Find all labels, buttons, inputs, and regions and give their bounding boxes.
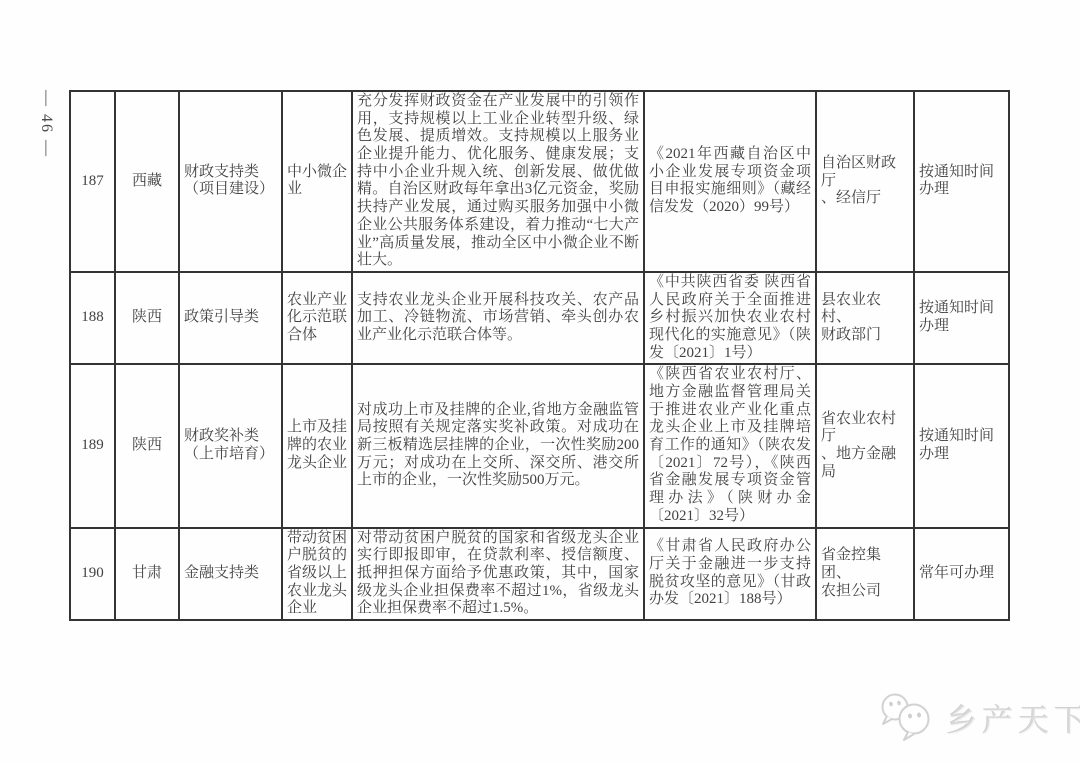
cell-department: 省金控集团、 农担公司	[816, 528, 914, 620]
cell-seq: 190	[70, 528, 115, 620]
table-row: 188 陕西 政策引导类 农业产业化示范联合体 支持农业龙头企业开展科技攻关、农…	[70, 272, 1009, 364]
cell-category: 财政奖补类 （上市培育）	[179, 364, 282, 527]
cell-schedule: 按通知时间 办理	[914, 364, 1009, 527]
cell-province: 陕西	[115, 272, 179, 364]
page-number: — 46 —	[35, 90, 55, 156]
cell-schedule: 按通知时间 办理	[914, 91, 1009, 272]
cell-province: 陕西	[115, 364, 179, 527]
cell-target: 上市及挂牌的农业龙头企业	[282, 364, 352, 527]
cell-measure: 充分发挥财政资金在产业发展中的引领作用，支持规模以上工业企业转型升级、绿色发展、…	[352, 91, 644, 272]
cell-policy-basis: 《甘肃省人民政府办公厅关于金融进一步支持脱贫攻坚的意见》（甘政办发〔2021〕1…	[644, 528, 816, 620]
chat-bubbles-icon	[876, 691, 938, 743]
cell-target: 农业产业化示范联合体	[282, 272, 352, 364]
cell-department: 县农业农村、 财政部门	[816, 272, 914, 364]
cell-measure: 支持农业龙头企业开展科技攻关、农产品加工、冷链物流、市场营销、牵头创办农业产业化…	[352, 272, 644, 364]
cell-category: 金融支持类	[179, 528, 282, 620]
cell-measure: 对成功上市及挂牌的企业,省地方金融监管局按照有关规定落实奖补政策。对成功在新三板…	[352, 364, 644, 527]
policy-table: 187 西藏 财政支持类 （项目建设） 中小微企业 充分发挥财政资金在产业发展中…	[69, 90, 1010, 621]
cell-department: 自治区财政厅 、经信厅	[816, 91, 914, 272]
cell-seq: 189	[70, 364, 115, 527]
cell-policy-basis: 《陕西省农业农村厅、地方金融监督管理局关于推进农业产业化重点龙头企业上市及挂牌培…	[644, 364, 816, 527]
brand-watermark: 乡产天下	[876, 691, 1080, 743]
cell-province: 西藏	[115, 91, 179, 272]
cell-measure: 对带动贫困户脱贫的国家和省级龙头企业实行即报即审，在贷款利率、授信额度、抵押担保…	[352, 528, 644, 620]
document-page: — 46 — 187 西藏 财政支持类 （项目建设） 中小微企业 充分发挥财政资…	[0, 0, 1080, 763]
cell-department: 省农业农村厅 、地方金融局	[816, 364, 914, 527]
table-row: 190 甘肃 金融支持类 带动贫困户脱贫的省级以上农业龙头企业 对带动贫困户脱贫…	[70, 528, 1009, 620]
cell-category: 政策引导类	[179, 272, 282, 364]
table-row: 189 陕西 财政奖补类 （上市培育） 上市及挂牌的农业龙头企业 对成功上市及挂…	[70, 364, 1009, 527]
cell-schedule: 常年可办理	[914, 528, 1009, 620]
cell-province: 甘肃	[115, 528, 179, 620]
cell-target: 中小微企业	[282, 91, 352, 272]
cell-target: 带动贫困户脱贫的省级以上农业龙头企业	[282, 528, 352, 620]
brand-name: 乡产天下	[946, 695, 1080, 740]
cell-policy-basis: 《中共陕西省委 陕西省人民政府关于全面推进乡村振兴加快农业农村现代化的实施意见》…	[644, 272, 816, 364]
cell-category: 财政支持类 （项目建设）	[179, 91, 282, 272]
cell-policy-basis: 《2021年西藏自治区中小企业发展专项资金项目申报实施细则》（藏经信发发（202…	[644, 91, 816, 272]
cell-seq: 188	[70, 272, 115, 364]
table-row: 187 西藏 财政支持类 （项目建设） 中小微企业 充分发挥财政资金在产业发展中…	[70, 91, 1009, 272]
cell-schedule: 按通知时间 办理	[914, 272, 1009, 364]
cell-seq: 187	[70, 91, 115, 272]
